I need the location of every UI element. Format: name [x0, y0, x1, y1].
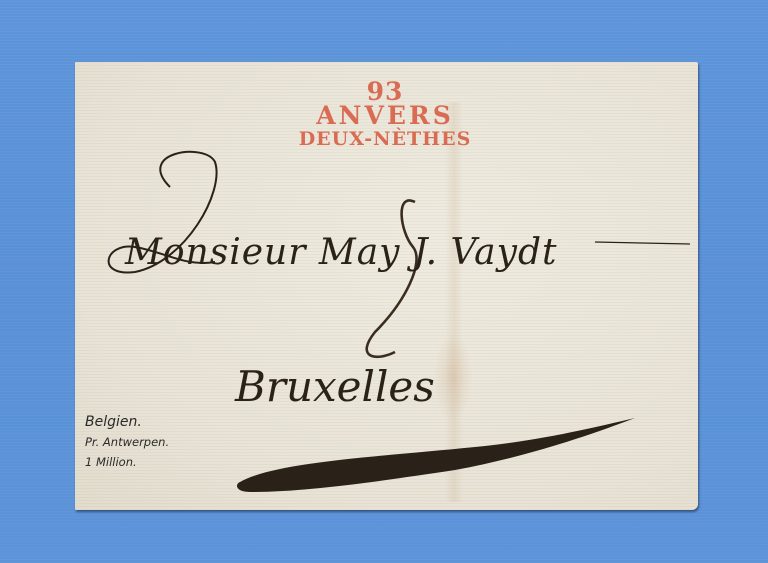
pencil-note-line: Pr. Antwerpen. — [85, 432, 169, 452]
pencil-note-line: Belgien. — [85, 412, 169, 432]
pencil-note-line: 1 Million. — [85, 452, 169, 472]
addressee-name: Monsieur May J. Vaydt — [125, 232, 558, 273]
postal-cover: 93 ANVERS DEUX-NÈTHES Monsieur May J. Va… — [75, 62, 698, 510]
destination-city: Bruxelles — [235, 362, 435, 411]
pencil-annotation: Belgien. Pr. Antwerpen. 1 Million. — [85, 412, 169, 472]
